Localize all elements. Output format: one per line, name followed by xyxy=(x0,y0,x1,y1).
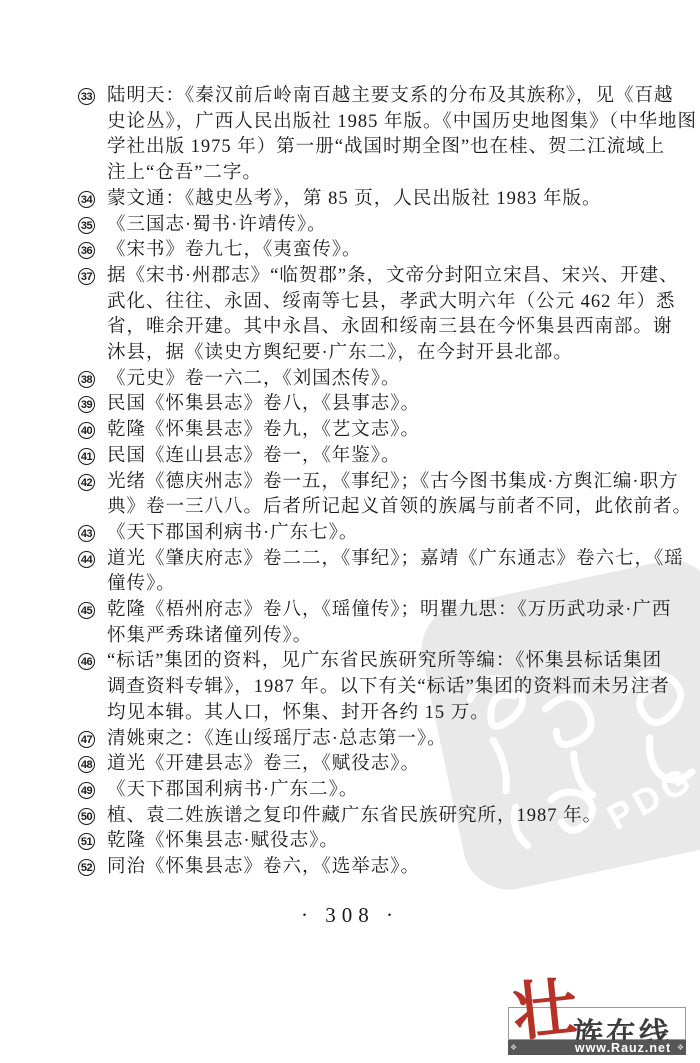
note-item: 46“标话”集团的资料，见广东省民族研究所等编：《怀集县标话集团调查资料专辑》，… xyxy=(78,649,648,726)
note-text-line: 乾隆《梧州府志》卷八，《瑶僮传》；明瞿九思：《万历武功录·广西 xyxy=(107,598,648,624)
note-text-line: 民国《连山县志》卷一，《年鉴》。 xyxy=(107,444,648,470)
rauz-logo: 族在线 ❖ www.Rauz.net ❖ 壮 xyxy=(505,983,690,1058)
note-number-badge: 41 xyxy=(78,448,95,465)
note-text-line: 陆明天：《秦汉前后岭南百越主要支系的分布及其族称》，见《百越 xyxy=(107,84,648,110)
note-text-line: 《天下郡国利病书·广东七》。 xyxy=(107,521,648,547)
note-number-badge: 35 xyxy=(78,217,95,234)
note-text-line: 学社出版 1975 年）第一册“战国时期全图”也在桂、贺二江流域上 xyxy=(107,135,648,161)
endnotes-list: 33陆明天：《秦汉前后岭南百越主要支系的分布及其族称》，见《百越史论丛》，广西人… xyxy=(78,84,648,881)
note-text-line: 植、袁二姓族谱之复印件藏广东省民族研究所，1987 年。 xyxy=(107,804,648,830)
note-text: 《天下郡国利病书·广东七》。 xyxy=(107,521,648,547)
note-text: 民国《怀集县志》卷八，《县事志》。 xyxy=(107,392,648,418)
note-text-line: 道光《肇庆府志》卷二二，《事纪》；嘉靖《广东通志》卷六七，《瑶 xyxy=(107,547,648,573)
note-number-badge: 38 xyxy=(78,371,95,388)
note-number-badge: 36 xyxy=(78,242,95,259)
note-text-line: 清姚柬之：《连山绥瑶厅志·总志第一》。 xyxy=(107,727,648,753)
note-item: 33陆明天：《秦汉前后岭南百越主要支系的分布及其族称》，见《百越史论丛》，广西人… xyxy=(78,84,648,187)
note-number-badge: 33 xyxy=(78,88,95,105)
diamond-ornament-icon: ❖ xyxy=(677,1044,684,1052)
note-number-badge: 43 xyxy=(78,525,95,542)
note-number-badge: 37 xyxy=(78,268,95,285)
note-text: 植、袁二姓族谱之复印件藏广东省民族研究所，1987 年。 xyxy=(107,804,648,830)
note-text: 乾隆《梧州府志》卷八，《瑶僮传》；明瞿九思：《万历武功录·广西怀集严秀珠诸僮列传… xyxy=(107,598,648,649)
note-number-badge: 48 xyxy=(78,756,95,773)
note-text: 《天下郡国利病书·广东二》。 xyxy=(107,778,648,804)
note-number-badge: 42 xyxy=(78,474,95,491)
note-text-line: 道光《开建县志》卷三，《赋役志》。 xyxy=(107,752,648,778)
note-text-line: 武化、往往、永固、绥南等七县，孝武大明六年（公元 462 年）悉 xyxy=(107,290,648,316)
note-text-line: 光绪《德庆州志》卷一五，《事纪》；《古今图书集成·方舆汇编·职方 xyxy=(107,470,648,496)
note-text: 道光《开建县志》卷三，《赋役志》。 xyxy=(107,752,648,778)
note-number-badge: 40 xyxy=(78,422,95,439)
note-text: 蒙文通：《越史丛考》，第 85 页，人民出版社 1983 年版。 xyxy=(107,187,648,213)
note-item: 37据《宋书·州郡志》“临贺郡”条，文帝分封阳立宋昌、宋兴、开建、武化、往往、永… xyxy=(78,264,648,367)
note-text: 光绪《德庆州志》卷一五，《事纪》；《古今图书集成·方舆汇编·职方典》卷一三八八。… xyxy=(107,470,648,521)
note-text: “标话”集团的资料，见广东省民族研究所等编：《怀集县标话集团调查资料专辑》，19… xyxy=(107,649,648,726)
note-item: 51乾隆《怀集县志·赋役志》。 xyxy=(78,829,648,855)
note-number-badge: 51 xyxy=(78,833,95,850)
note-item: 49《天下郡国利病书·广东二》。 xyxy=(78,778,648,804)
note-item: 41民国《连山县志》卷一，《年鉴》。 xyxy=(78,444,648,470)
note-text-line: 据《宋书·州郡志》“临贺郡”条，文帝分封阳立宋昌、宋兴、开建、 xyxy=(107,264,648,290)
note-item: 39民国《怀集县志》卷八，《县事志》。 xyxy=(78,392,648,418)
note-text-line: 怀集严秀珠诸僮列传》。 xyxy=(107,624,648,650)
note-number-badge: 52 xyxy=(78,859,95,876)
note-number-badge: 50 xyxy=(78,808,95,825)
note-text-line: 沐县，据《读史方舆纪要·广东二》，在今封开县北部。 xyxy=(107,341,648,367)
logo-zhuang-character: 壮 xyxy=(510,976,580,1046)
note-number-badge: 39 xyxy=(78,396,95,413)
note-text: 民国《连山县志》卷一，《年鉴》。 xyxy=(107,444,648,470)
note-text: 《宋书》卷九七，《夷蛮传》。 xyxy=(107,238,648,264)
note-text: 乾隆《怀集县志》卷九，《艺文志》。 xyxy=(107,418,648,444)
note-text: 据《宋书·州郡志》“临贺郡”条，文帝分封阳立宋昌、宋兴、开建、武化、往往、永固、… xyxy=(107,264,648,367)
note-item: 35《三国志·蜀书·许靖传》。 xyxy=(78,213,648,239)
note-text-line: 《三国志·蜀书·许靖传》。 xyxy=(107,213,648,239)
note-number-badge: 34 xyxy=(78,191,95,208)
note-item: 52同治《怀集县志》卷六，《选举志》。 xyxy=(78,855,648,881)
note-text-line: “标话”集团的资料，见广东省民族研究所等编：《怀集县标话集团 xyxy=(107,649,648,675)
note-text: 《三国志·蜀书·许靖传》。 xyxy=(107,213,648,239)
note-text: 陆明天：《秦汉前后岭南百越主要支系的分布及其族称》，见《百越史论丛》，广西人民出… xyxy=(107,84,648,187)
note-item: 42光绪《德庆州志》卷一五，《事纪》；《古今图书集成·方舆汇编·职方典》卷一三八… xyxy=(78,470,648,521)
note-number-badge: 46 xyxy=(78,653,95,670)
note-text-line: 均见本辑。其人口，怀集、封开各约 15 万。 xyxy=(107,701,648,727)
note-item: 45乾隆《梧州府志》卷八，《瑶僮传》；明瞿九思：《万历武功录·广西怀集严秀珠诸僮… xyxy=(78,598,648,649)
note-text: 乾隆《怀集县志·赋役志》。 xyxy=(107,829,648,855)
note-item: 44道光《肇庆府志》卷二二，《事纪》；嘉靖《广东通志》卷六七，《瑶僮传》。 xyxy=(78,547,648,598)
note-item: 40乾隆《怀集县志》卷九，《艺文志》。 xyxy=(78,418,648,444)
note-text-line: 民国《怀集县志》卷八，《县事志》。 xyxy=(107,392,648,418)
note-text-line: 蒙文通：《越史丛考》，第 85 页，人民出版社 1983 年版。 xyxy=(107,187,648,213)
note-item: 47清姚柬之：《连山绥瑶厅志·总志第一》。 xyxy=(78,727,648,753)
note-number-badge: 44 xyxy=(78,551,95,568)
note-item: 50植、袁二姓族谱之复印件藏广东省民族研究所，1987 年。 xyxy=(78,804,648,830)
note-text-line: 《元史》卷一六二，《刘国杰传》。 xyxy=(107,367,648,393)
note-text-line: 史论丛》，广西人民出版社 1985 年版。《中国历史地图集》（中华地图 xyxy=(107,110,648,136)
note-text-line: 调查资料专辑》，1987 年。以下有关“标话”集团的资料而未另注者 xyxy=(107,675,648,701)
note-number-badge: 45 xyxy=(78,602,95,619)
note-item: 38《元史》卷一六二，《刘国杰传》。 xyxy=(78,367,648,393)
note-text: 道光《肇庆府志》卷二二，《事纪》；嘉靖《广东通志》卷六七，《瑶僮传》。 xyxy=(107,547,648,598)
note-text-line: 典》卷一三八八。后者所记起义首领的族属与前者不同，此依前者。 xyxy=(107,495,648,521)
note-text-line: 乾隆《怀集县志·赋役志》。 xyxy=(107,829,648,855)
note-text: 同治《怀集县志》卷六，《选举志》。 xyxy=(107,855,648,881)
note-number-badge: 47 xyxy=(78,731,95,748)
note-text-line: 《宋书》卷九七，《夷蛮传》。 xyxy=(107,238,648,264)
note-text-line: 省，唯余开建。其中永昌、永固和绥南三县在今怀集县西南部。谢 xyxy=(107,315,648,341)
book-page: PDG 33陆明天：《秦汉前后岭南百越主要支系的分布及其族称》，见《百越史论丛》… xyxy=(0,0,700,1063)
note-text-line: 僮传》。 xyxy=(107,572,648,598)
note-item: 43《天下郡国利病书·广东七》。 xyxy=(78,521,648,547)
note-text-line: 《天下郡国利病书·广东二》。 xyxy=(107,778,648,804)
note-text-line: 同治《怀集县志》卷六，《选举志》。 xyxy=(107,855,648,881)
note-item: 48道光《开建县志》卷三，《赋役志》。 xyxy=(78,752,648,778)
note-item: 36《宋书》卷九七，《夷蛮传》。 xyxy=(78,238,648,264)
note-number-badge: 49 xyxy=(78,782,95,799)
logo-url-text: www.Rauz.net xyxy=(575,1041,671,1055)
note-item: 34蒙文通：《越史丛考》，第 85 页，人民出版社 1983 年版。 xyxy=(78,187,648,213)
page-number: · 308 · xyxy=(0,903,700,928)
note-text-line: 乾隆《怀集县志》卷九，《艺文志》。 xyxy=(107,418,648,444)
note-text: 《元史》卷一六二，《刘国杰传》。 xyxy=(107,367,648,393)
note-text-line: 注上“仓吾”二字。 xyxy=(107,161,648,187)
note-text: 清姚柬之：《连山绥瑶厅志·总志第一》。 xyxy=(107,727,648,753)
